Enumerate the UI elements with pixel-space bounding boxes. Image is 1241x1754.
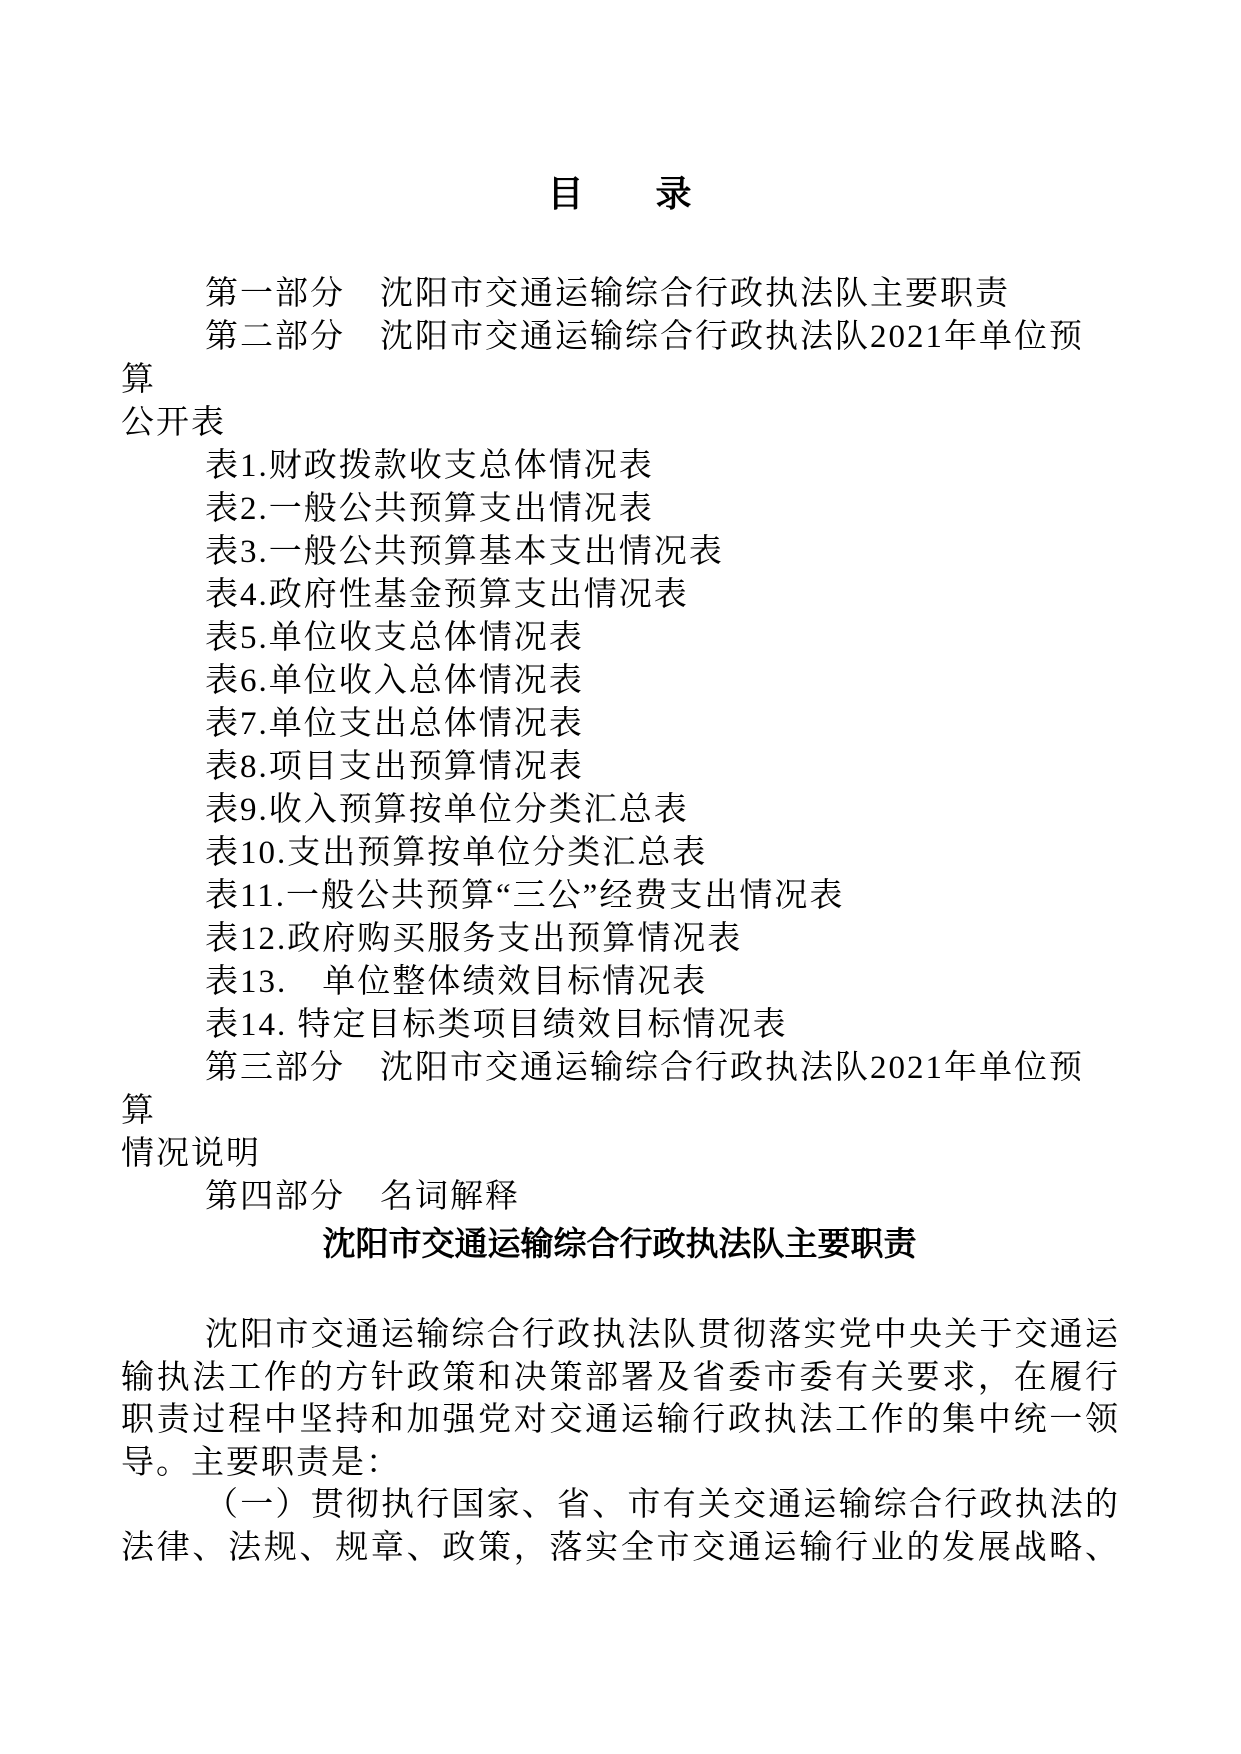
toc-line: 表8.项目支出预算情况表 <box>121 746 1118 789</box>
toc-line: 表10.支出预算按单位分类汇总表 <box>121 832 1118 875</box>
toc-line: 表2.一般公共预算支出情况表 <box>121 488 1118 531</box>
toc-line: 表1.财政拨款收支总体情况表 <box>121 445 1118 488</box>
toc-line: 第四部分 名词解释 <box>121 1176 1118 1219</box>
toc-line: 表5.单位收支总体情况表 <box>121 617 1118 660</box>
section-body: 沈阳市交通运输综合行政执法队贯彻落实党中央关于交通运输执法工作的方针政策和决策部… <box>121 1314 1118 1569</box>
toc-list: 第一部分 沈阳市交通运输综合行政执法队主要职责第二部分 沈阳市交通运输综合行政执… <box>121 273 1118 1219</box>
toc-line: 第三部分 沈阳市交通运输综合行政执法队2021年单位预算 <box>121 1047 1118 1133</box>
toc-title: 目 录 <box>121 172 1118 216</box>
body-line: 沈阳市交通运输综合行政执法队贯彻落实党中央关于交通运 <box>121 1314 1118 1357</box>
toc-line: 表12.政府购买服务支出预算情况表 <box>121 918 1118 961</box>
toc-line: 第一部分 沈阳市交通运输综合行政执法队主要职责 <box>121 273 1118 316</box>
document-page: 目 录 第一部分 沈阳市交通运输综合行政执法队主要职责第二部分 沈阳市交通运输综… <box>0 0 1241 1754</box>
toc-line: 表14. 特定目标类项目绩效目标情况表 <box>121 1004 1118 1047</box>
toc-line: 公开表 <box>121 402 1118 445</box>
toc-line: 表6.单位收入总体情况表 <box>121 660 1118 703</box>
toc-line: 表4.政府性基金预算支出情况表 <box>121 574 1118 617</box>
toc-line: 情况说明 <box>121 1133 1118 1176</box>
body-line: 法律、法规、规章、政策，落实全市交通运输行业的发展战略、 <box>121 1527 1118 1570</box>
toc-line: 表11.一般公共预算“三公”经费支出情况表 <box>121 875 1118 918</box>
body-line: （一）贯彻执行国家、省、市有关交通运输综合行政执法的 <box>121 1484 1118 1527</box>
toc-line: 表13. 单位整体绩效目标情况表 <box>121 961 1118 1004</box>
toc-line: 表3.一般公共预算基本支出情况表 <box>121 531 1118 574</box>
body-line: 输执法工作的方针政策和决策部署及省委市委有关要求，在履行 <box>121 1357 1118 1400</box>
toc-line: 表7.单位支出总体情况表 <box>121 703 1118 746</box>
toc-line: 第二部分 沈阳市交通运输综合行政执法队2021年单位预算 <box>121 316 1118 402</box>
toc-line: 表9.收入预算按单位分类汇总表 <box>121 789 1118 832</box>
body-line: 职责过程中坚持和加强党对交通运输行政执法工作的集中统一领 <box>121 1399 1118 1442</box>
section-heading: 沈阳市交通运输综合行政执法队主要职责 <box>121 1223 1118 1267</box>
body-line: 导。主要职责是： <box>121 1442 1118 1485</box>
